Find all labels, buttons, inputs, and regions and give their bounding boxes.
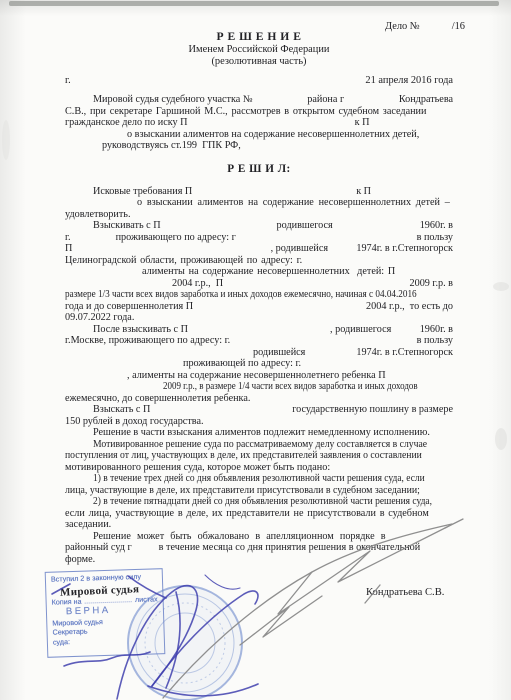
judge-name: Кондратьева С.В. [366, 587, 444, 598]
text-line: 1) в течение трех дней со дня объявления… [65, 473, 453, 485]
text: 2009 г.р. в [410, 278, 454, 290]
text: проживающего по адресу: г [116, 232, 236, 244]
decision-subtitle-2: (резолютивная часть) [65, 56, 453, 68]
text-line: поступления от лиц, участвующих в деле, … [65, 450, 453, 462]
text-line: Целиноградской области, проживающей по а… [65, 255, 453, 267]
text-line: Мотивированное решение суда по рассматри… [65, 439, 453, 451]
text: ежемесячно, до совершеннолетия ребенка. [65, 393, 250, 405]
text-line: форме. [65, 554, 453, 566]
text: года и до совершеннолетия П [65, 301, 193, 313]
stamp-verna: ВЕРНА [66, 606, 158, 617]
text: 150 рублей в доход государства. [65, 416, 204, 428]
text: в пользу [417, 232, 453, 244]
text: лица, участвующие в деле, их представите… [65, 485, 420, 497]
text: 1974г. в г.Степногорск [356, 243, 453, 255]
document-page: Дело № /16 Р Е Ш Е Н И Е Именем Российск… [0, 0, 511, 700]
text-line: мотивированного решения суда, которое мо… [65, 462, 453, 474]
text: руководствуясь ст.199 ГПК РФ, [102, 140, 241, 152]
text: о взыскании алиментов на содержание несо… [137, 197, 450, 209]
document-body: Мировой судья судебного участка № района… [65, 94, 453, 565]
text: форме. [65, 554, 95, 566]
text: заседании. [65, 519, 111, 531]
decision-title: Р Е Ш Е Н И Е [65, 31, 453, 43]
text: 1) в течение трех дней со дня объявления… [93, 473, 425, 485]
text: 2) в течение пятнадцати дней со дня объя… [93, 496, 432, 508]
text-line: После взыскивать с П , родившегося 1960г… [65, 324, 453, 336]
text-line: 2009 г.р., в размере 1/4 части всех видо… [65, 381, 453, 393]
text-line: о взыскании алиментов на содержание несо… [65, 129, 453, 141]
text: , родившегося [330, 324, 391, 336]
text: гражданское дело по иску П [65, 117, 188, 129]
text-line: проживающей по адресу: г. [65, 358, 453, 370]
text: родившегося [277, 220, 333, 232]
text-line: Взыскать с П государственную пошлину в р… [65, 404, 453, 416]
text-line: года и до совершеннолетия П 2004 г.р., т… [65, 301, 453, 313]
text-line: алименты на содержание несовершеннолетни… [65, 266, 453, 278]
text: к П [356, 186, 371, 198]
stamp-court-line: суда: [53, 635, 159, 647]
text: , родившейся [271, 243, 328, 255]
text-line: размере 1/3 части всех видов заработка и… [65, 289, 453, 301]
text: Целиноградской области, проживающей по а… [65, 255, 302, 267]
text: Взыскать с П [93, 404, 150, 416]
text: в пользу [417, 335, 453, 347]
text: Мировой судья судебного участка № [93, 94, 253, 106]
text: размере 1/3 части всех видов заработка и… [65, 289, 417, 301]
text: районный суд г [65, 542, 132, 554]
text: г.Москве, проживающего по адресу: г. [65, 335, 230, 347]
text: 2004 г.р., то есть до [366, 301, 453, 313]
text-line: если лица, участвующие в деле, их предст… [65, 508, 453, 520]
text-line: руководствуясь ст.199 ГПК РФ, [65, 140, 453, 152]
text-line: г. проживающего по адресу: г в пользу [65, 232, 453, 244]
text-line: ежемесячно, до совершеннолетия ребенка. [65, 393, 453, 405]
text-line: лица, участвующие в деле, их представите… [65, 485, 453, 497]
text-line: 2) в течение пятнадцати дней со дня объя… [65, 496, 453, 508]
text-line: родившейся 1974г. в г.Степногорск [65, 347, 453, 359]
text: к П [355, 117, 370, 129]
text: С.В., при секретаре Гаршиной М.С., рассм… [65, 106, 426, 118]
text: 09.07.2022 года. [65, 312, 134, 324]
text-line: районный суд г в течение месяца со дня п… [65, 542, 453, 554]
text: г. [65, 232, 71, 244]
text: района г [307, 94, 344, 106]
text: о взыскании алиментов на содержание несо… [127, 129, 419, 141]
text: поступления от лиц, участвующих в деле, … [65, 450, 422, 462]
text-line: гражданское дело по иску П к П [65, 117, 453, 129]
text-line: 09.07.2022 года. [65, 312, 453, 324]
text: , алименты на содержание несовершеннолет… [127, 370, 386, 382]
case-number-value: /16 [452, 21, 465, 33]
text-line: Мировой судья судебного участка № района… [65, 94, 453, 106]
text-line: 150 рублей в доход государства. [65, 416, 453, 428]
text: алименты на содержание несовершеннолетни… [142, 266, 395, 278]
text: 2009 г.р., в размере 1/4 части всех видо… [163, 381, 418, 393]
text: 1960г. в [420, 220, 453, 232]
text: Кондратьева [399, 94, 453, 106]
text: Взыскивать с П [93, 220, 161, 232]
text: Решение может быть обжаловано в апелляци… [93, 531, 386, 543]
text: Мотивированное решение суда по рассматри… [93, 439, 427, 451]
text-line: Решение в части взыскания алиментов подл… [65, 427, 453, 439]
text: 1960г. в [420, 324, 453, 336]
decision-subtitle: Именем Российской Федерации [65, 44, 453, 56]
scan-smudge [495, 428, 507, 450]
text: 1974г. в г.Степногорск [356, 347, 453, 359]
text-line: , алименты на содержание несовершеннолет… [65, 370, 453, 382]
text: проживающей по адресу: г. [183, 358, 301, 370]
scan-artifact-top [9, 1, 499, 6]
scan-smudge [493, 282, 509, 291]
text-line: Исковые требования П к П [65, 186, 453, 198]
text: Исковые требования П [93, 186, 192, 198]
text: если лица, участвующие в деле, их предст… [65, 508, 429, 520]
text-line: удовлетворить. [65, 209, 453, 221]
text: родившейся [253, 347, 305, 359]
resolution-heading: Р Е Ш И Л: [65, 163, 453, 175]
text: государственную пошлину в размере [292, 404, 453, 416]
text-line: заседании. [65, 519, 453, 531]
scan-smudge [2, 120, 10, 160]
text-line: П , родившейся 1974г. в г.Степногорск [65, 243, 453, 255]
text: удовлетворить. [65, 209, 131, 221]
text: П [65, 243, 72, 255]
text-line: Взыскивать с П родившегося 1960г. в [65, 220, 453, 232]
text-line: 2004 г.р., П 2009 г.р. в [65, 278, 453, 290]
text: После взыскивать с П [93, 324, 188, 336]
text-line: г.Москве, проживающего по адресу: г. в п… [65, 335, 453, 347]
blank-gap [71, 75, 366, 87]
text: Решение в части взыскания алиментов подл… [93, 427, 430, 439]
decision-date: 21 апреля 2016 года [365, 75, 453, 87]
text: в течение месяца со дня принятия решения… [159, 542, 421, 554]
text-line: Решение может быть обжаловано в апелляци… [65, 531, 453, 543]
place-date-row: г. 21 апреля 2016 года [65, 75, 453, 87]
entry-into-force-stamp: Вступил 2 в законную силу Копия на листа… [45, 568, 166, 658]
stamp-copy-suffix: листах [135, 595, 158, 604]
text: 2004 г.р., П [172, 278, 223, 290]
text-line: С.В., при секретаре Гаршиной М.С., рассм… [65, 106, 453, 118]
text: мотивированного решения суда, которое мо… [65, 462, 330, 474]
text-line: о взыскании алиментов на содержание несо… [65, 197, 453, 209]
